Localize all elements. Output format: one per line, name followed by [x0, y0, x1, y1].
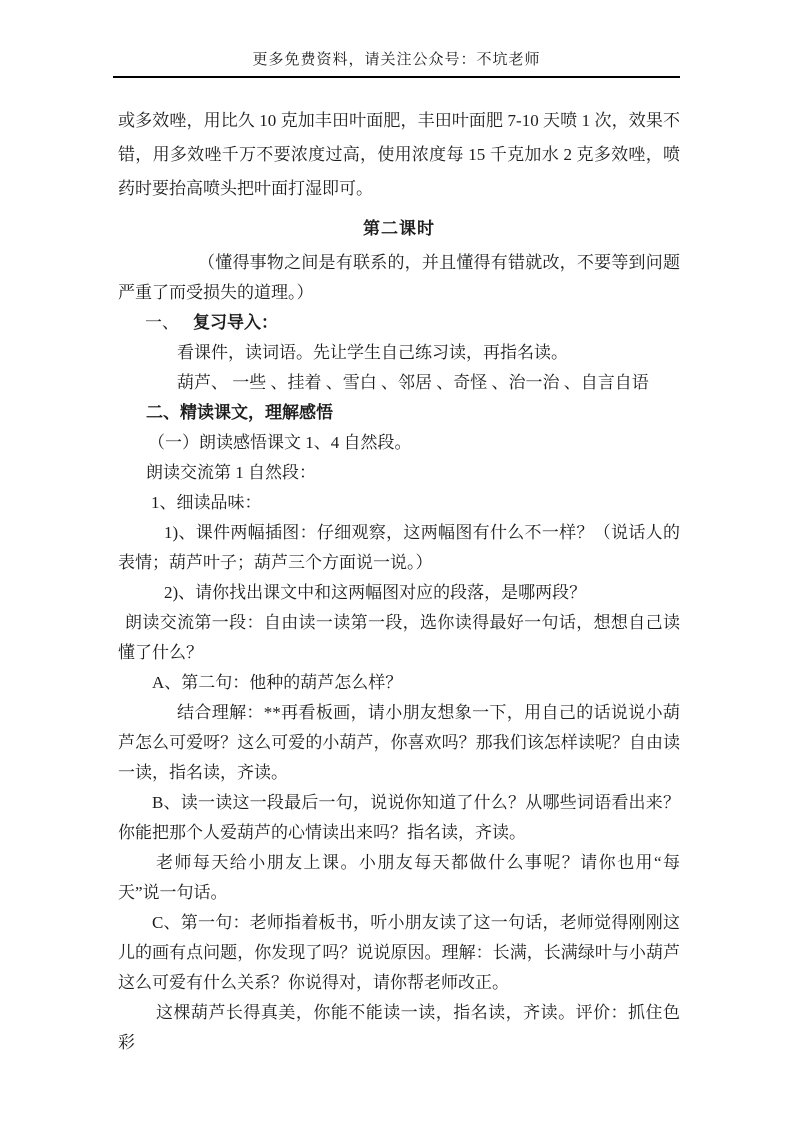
- paragraph-point-a: A、第二句：他种的葫芦怎么样？: [118, 668, 680, 698]
- document-page: 更多免费资料，请关注公众号：不坑老师 或多效唑，用比久 10 克加丰田叶面肥，丰…: [0, 0, 793, 1122]
- paragraph-item2: 2)、请你找出课文中和这两幅图对应的段落，是哪两段？: [118, 578, 680, 608]
- paragraph-para1-label: 朗读交流第 1 自然段：: [118, 458, 680, 488]
- section-heading-lesson2: 第二课时: [118, 214, 680, 244]
- section-1-number: 一、: [145, 313, 179, 332]
- paragraph-word-list: 葫芦、 一些 、挂着 、雪白 、邻居 、奇怪 、治一治 、自言自语: [118, 368, 680, 398]
- paragraph-jiehe: 结合理解：**再看板画，请小朋友想象一下，用自己的话说说小葫芦怎么可爱呀？这么可…: [118, 698, 680, 788]
- paragraph-moral: （懂得事物之间是有联系的，并且懂得有错就改，不要等到问题严重了而受损失的道理。）: [118, 248, 680, 308]
- paragraph-xidu: 1、细读品味：: [118, 488, 680, 518]
- paragraph-intro: 或多效唑，用比久 10 克加丰田叶面肥，丰田叶面肥 7-10 天喷 1 次，效果…: [118, 104, 680, 206]
- paragraph-langdu: 朗读交流第一段：自由读一读第一段，选你读得最好一句话，想想自己读懂了什么？: [118, 608, 680, 668]
- paragraph-final: 这棵葫芦长得真美，你能不能读一读，指名读，齐读。评价：抓住色彩: [118, 998, 680, 1058]
- header-notice-text: 更多免费资料，请关注公众号：不坑老师: [252, 52, 540, 68]
- paragraph-teacher: 老师每天给小朋友上课。小朋友每天都做什么事呢？请你也用“每天”说一句话。: [118, 848, 680, 908]
- paragraph-item1: 1)、课件两幅插图：仔细观察，这两幅图有什么不一样？（说话人的表情；葫芦叶子；葫…: [118, 518, 680, 578]
- section-1-heading: 一、复习导入：: [118, 308, 680, 338]
- paragraph-point-c: C、第一句：老师指着板书，听小朋友读了这一句话，老师觉得刚刚这儿的画有点问题，你…: [118, 908, 680, 998]
- document-body: 或多效唑，用比久 10 克加丰田叶面肥，丰田叶面肥 7-10 天喷 1 次，效果…: [118, 104, 680, 1058]
- paragraph-review: 看课件，读词语。先让学生自己练习读，再指名读。: [118, 338, 680, 368]
- paragraph-part1: （一）朗读感悟课文 1、4 自然段。: [118, 428, 680, 458]
- page-header: 更多免费资料，请关注公众号：不坑老师: [113, 0, 680, 78]
- section-1-title: 复习导入：: [193, 313, 278, 332]
- paragraph-point-b: B、读一读这一段最后一句，说说你知道了什么？从哪些词语看出来？你能把那个人爱葫芦…: [118, 788, 680, 848]
- section-2-heading: 二、精读课文，理解感悟: [118, 398, 680, 428]
